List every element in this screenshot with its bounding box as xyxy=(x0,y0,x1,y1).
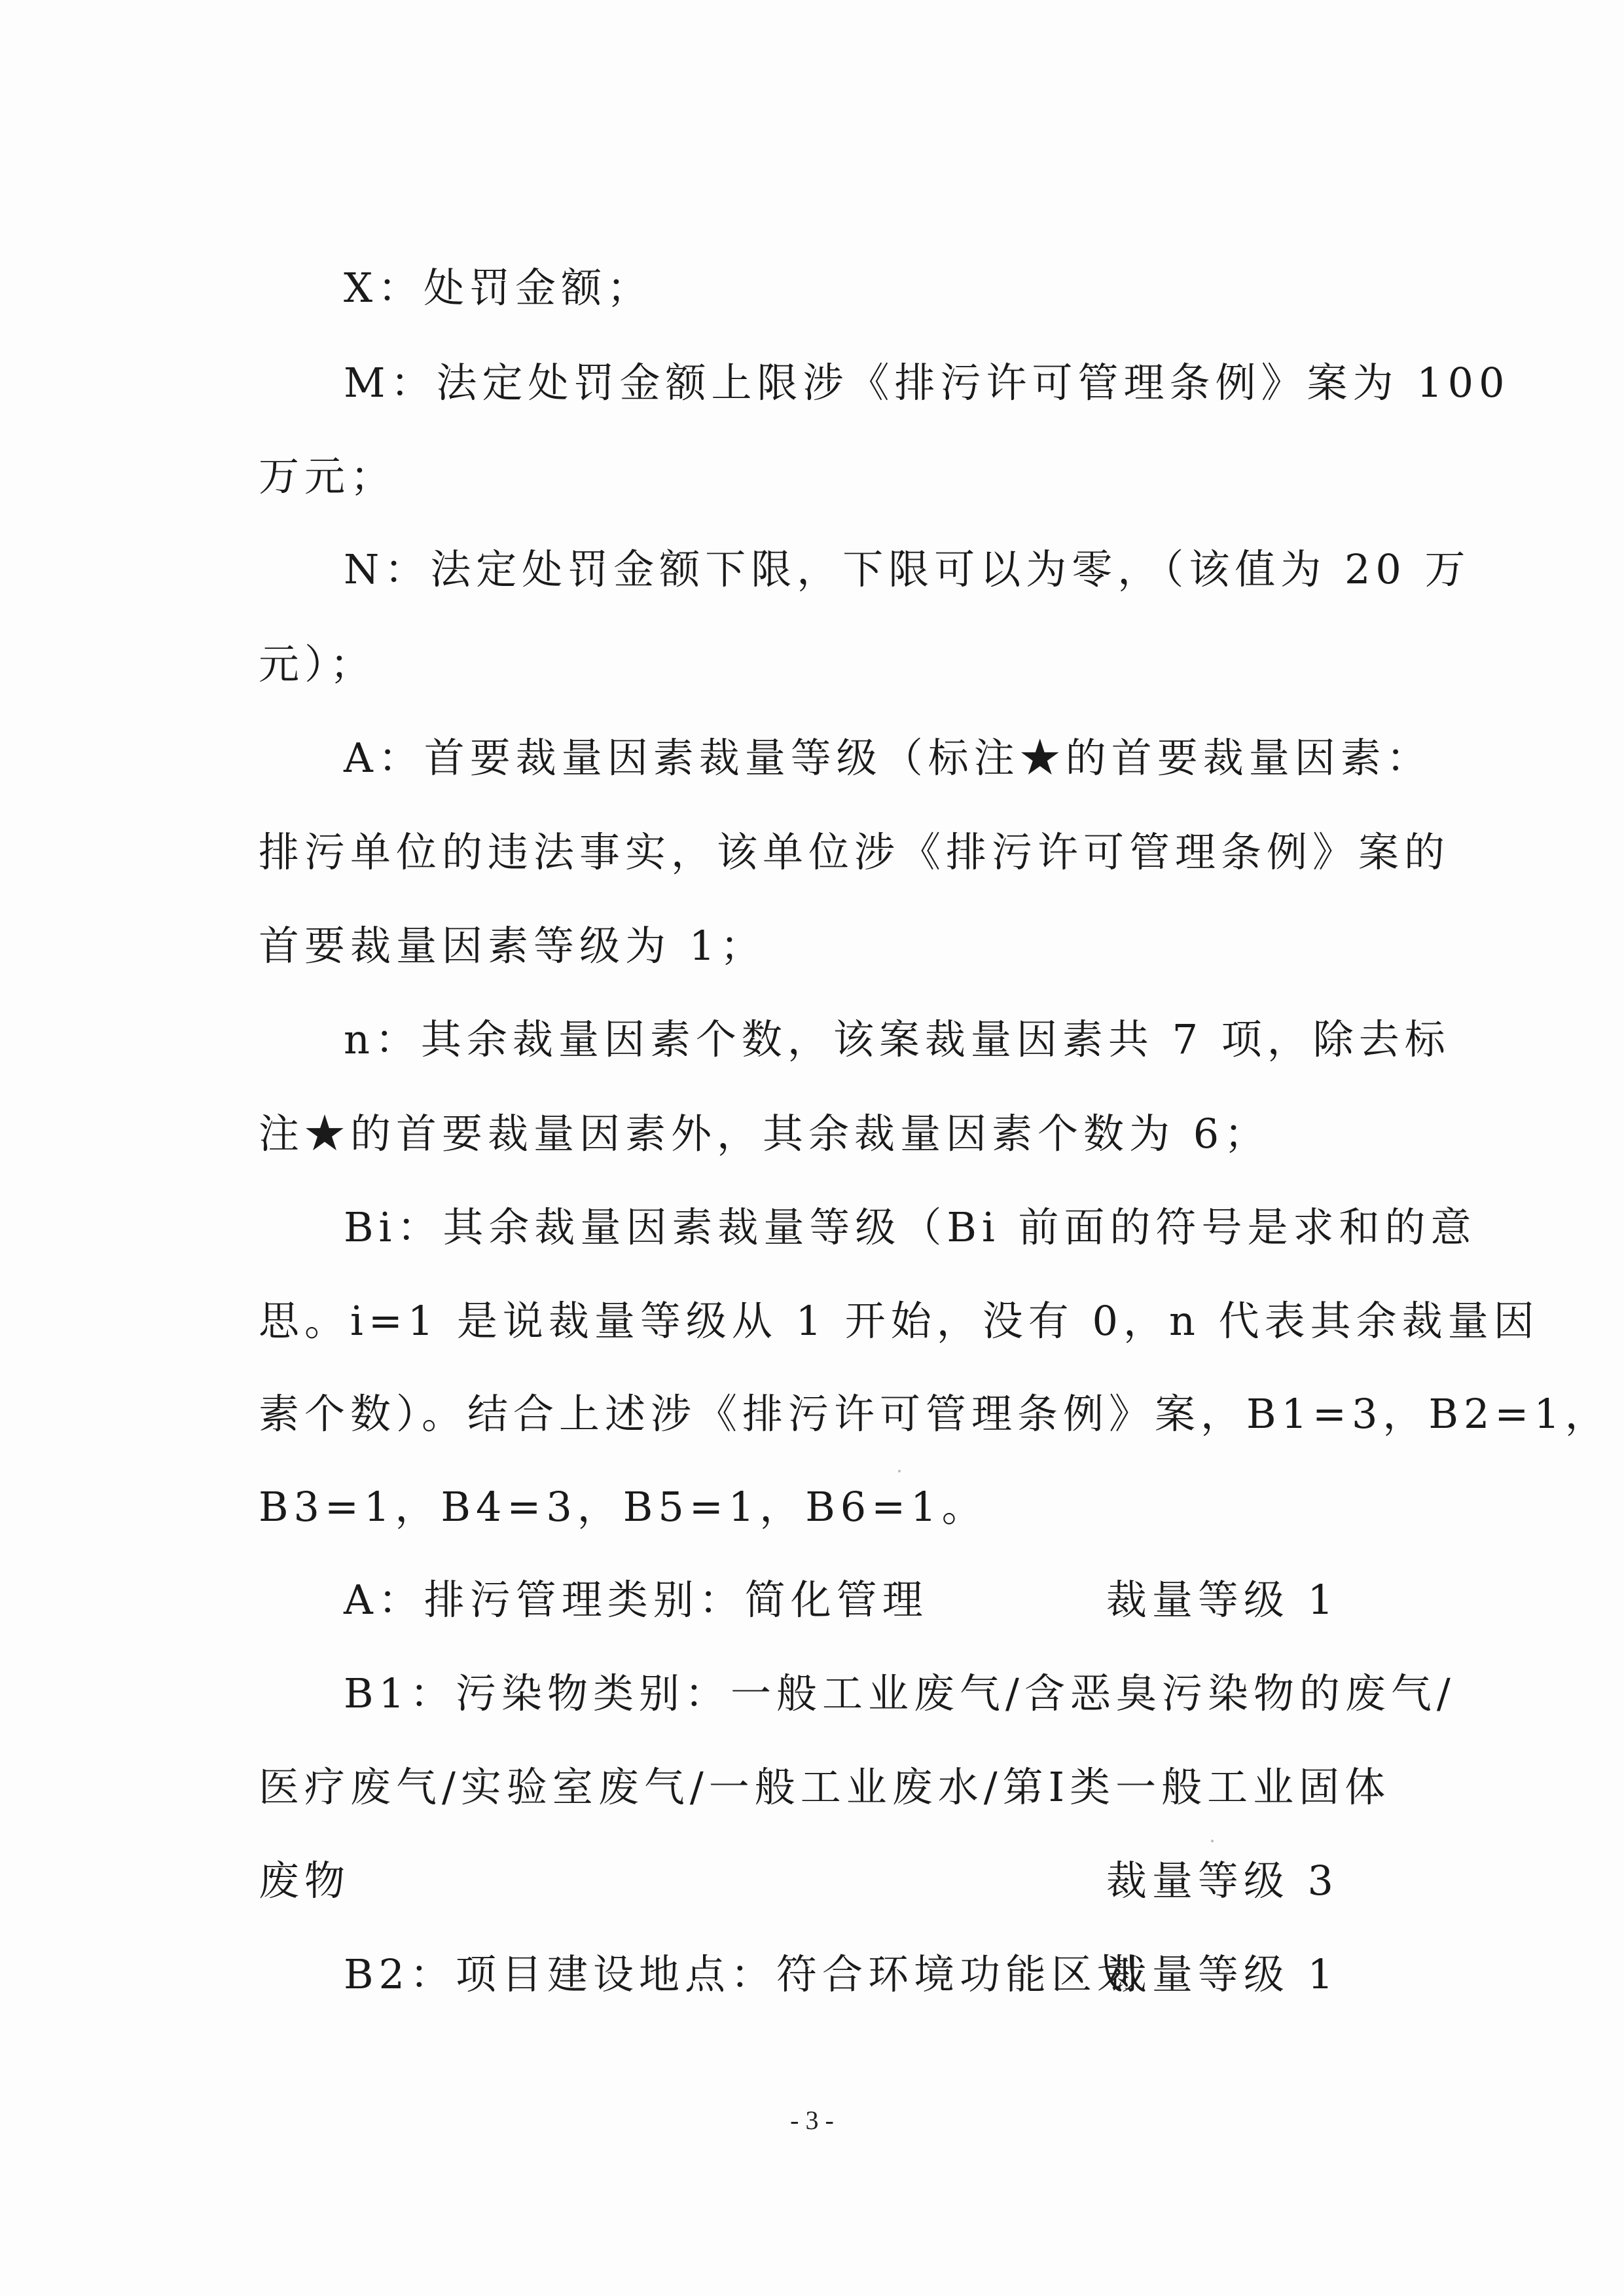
definition-a-cont-2: 首要裁量因素等级为 1； xyxy=(259,920,1339,972)
definition-m-cont: 万元； xyxy=(259,450,1339,503)
definition-m: M：法定处罚金额上限涉《排污许可管理条例》案为 100 xyxy=(344,357,1339,409)
definition-bi-cont-3: B3=1，B4=3，B5=1，B6=1。 xyxy=(259,1481,1339,1533)
definition-bi-cont-2: 素个数）。结合上述涉《排污许可管理条例》案，B1=3，B2=1， xyxy=(259,1388,1339,1440)
definition-x: X：处罚金额； xyxy=(344,262,1339,314)
definition-a: A：首要裁量因素裁量等级（标注★的首要裁量因素： xyxy=(344,732,1339,784)
scan-speck xyxy=(1211,1840,1214,1842)
definition-n-count-cont: 注★的首要裁量因素外，其余裁量因素个数为 6； xyxy=(259,1108,1339,1160)
factor-b1-label-cont: 医疗废气/实验室废气/一般工业废水/第Ⅰ类一般工业固体 xyxy=(259,1761,1339,1813)
factor-a-level: 裁量等级 1 xyxy=(1106,1574,1339,1626)
definition-n: N：法定处罚金额下限，下限可以为零，（该值为 20 万 xyxy=(344,543,1339,596)
definition-n-cont: 元）； xyxy=(259,638,1339,691)
document-page: X：处罚金额； M：法定处罚金额上限涉《排污许可管理条例》案为 100 万元； … xyxy=(0,0,1624,2296)
scan-speck xyxy=(898,1470,901,1472)
definition-n-count: n：其余裁量因素个数，该案裁量因素共 7 项，除去标 xyxy=(344,1013,1339,1066)
factor-b2-level: 裁量等级 1 xyxy=(1106,1948,1339,2001)
definition-a-cont-1: 排污单位的违法事实，该单位涉《排污许可管理条例》案的 xyxy=(259,826,1339,879)
page-number: - 3 - xyxy=(0,2105,1624,2136)
factor-b1-label: B1：污染物类别：一般工业废气/含恶臭污染物的废气/ xyxy=(344,1667,1339,1720)
definition-bi-cont-1: 思。i=1 是说裁量等级从 1 开始，没有 0，n 代表其余裁量因 xyxy=(259,1295,1339,1347)
factor-a-label: A：排污管理类别：简化管理 xyxy=(344,1576,928,1624)
factor-b1-level: 裁量等级 3 xyxy=(1106,1855,1339,1907)
definition-bi: Bi：其余裁量因素裁量等级（Bi 前面的符号是求和的意 xyxy=(344,1201,1339,1254)
